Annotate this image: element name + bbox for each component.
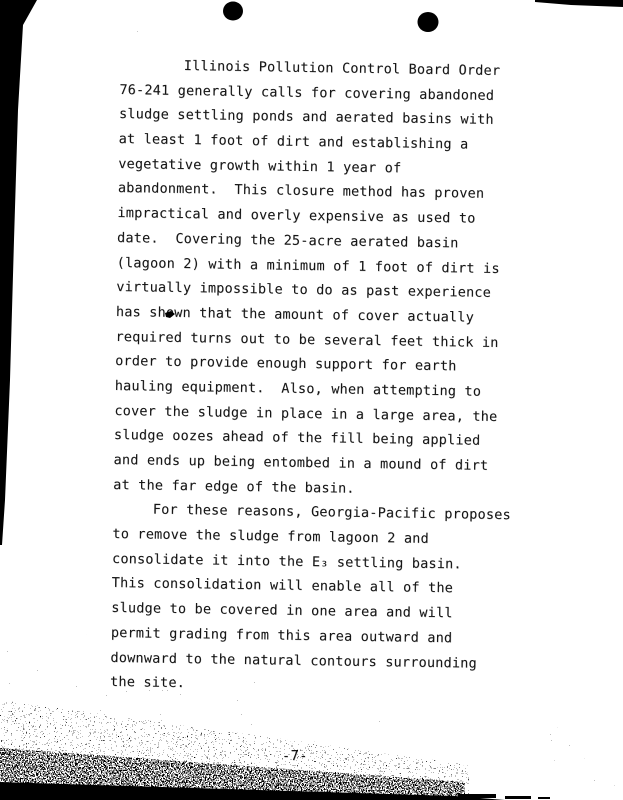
noise-top-left: [58, 0, 146, 42]
hole-punch-dot-2: [418, 12, 439, 32]
hole-punch-dot-1: [223, 2, 243, 21]
page-number: -7-: [282, 748, 308, 764]
bottom-edge-dash-1: [458, 794, 496, 798]
top-right-edge-shadow: [535, 0, 623, 7]
noise-bottom-right: [540, 726, 623, 800]
noise-bottom-medium: [0, 700, 470, 800]
paragraph-gp-proposal: For these reasons, Georgia-Pacific propo…: [110, 497, 513, 701]
bottom-edge-dash-3: [538, 797, 550, 799]
left-edge-shadow: [0, 0, 37, 545]
noise-bottom-dense: [0, 748, 465, 800]
bottom-edge-dash-2: [505, 796, 531, 799]
document-body: Illinois Pollution Control Board Order76…: [110, 53, 520, 701]
scanned-document-page: Illinois Pollution Control Board Order76…: [0, 0, 623, 800]
paragraph-closure-method: Illinois Pollution Control Board Order76…: [113, 53, 520, 504]
bottom-edge-shadow: [0, 782, 505, 800]
